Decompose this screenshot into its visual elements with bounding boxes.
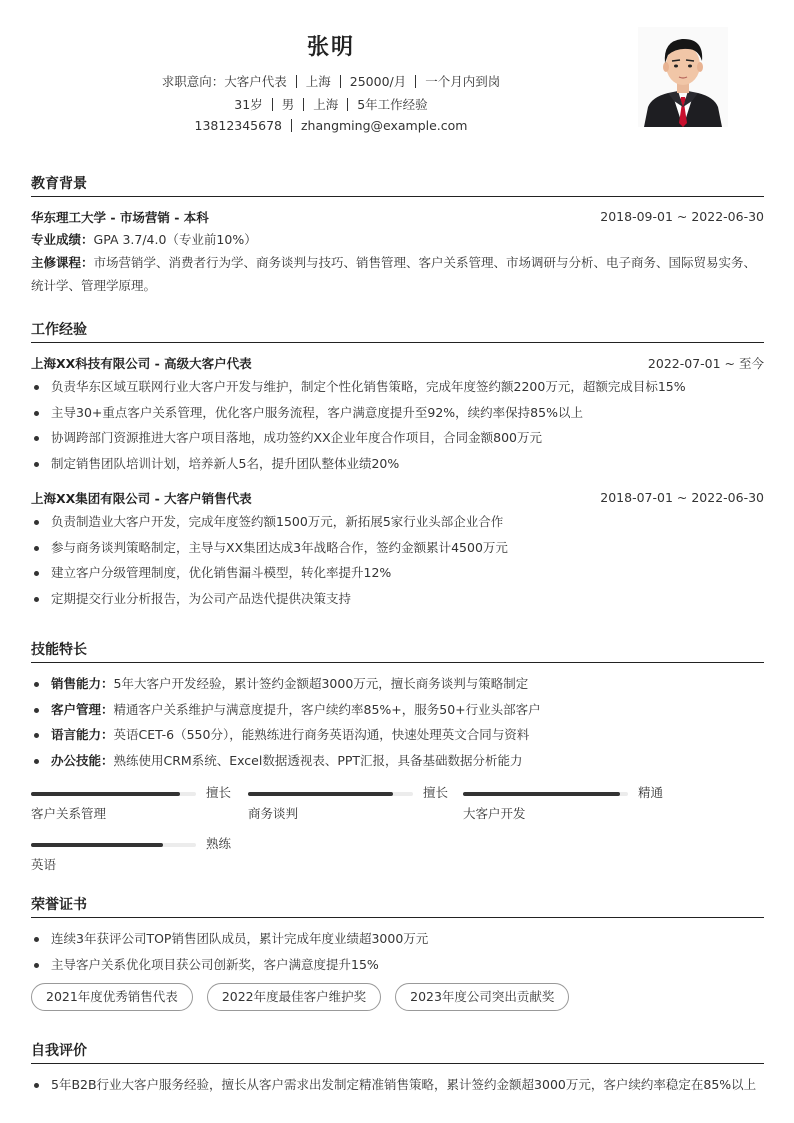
separator bbox=[291, 119, 292, 132]
job-bullets: 负责制造业大客户开发，完成年度签约额1500万元，新拓展5家行业头部企业合作 参… bbox=[31, 509, 764, 611]
section-honors: 荣誉证书 连续3年获评公司TOP销售团队成员，累计完成年度业绩超3000万元 主… bbox=[31, 895, 764, 1011]
section-work-experience: 工作经验 上海XX科技有限公司 - 高级大客户代表 2022-07-01 ~ 至… bbox=[31, 320, 764, 611]
skill-bullets: 销售能力：5年大客户开发经验，累计签约金额超3000万元，擅长商务谈判与策略制定… bbox=[31, 671, 764, 773]
phone: 13812345678 bbox=[195, 118, 282, 133]
section-title: 工作经验 bbox=[31, 320, 764, 342]
section-title: 技能特长 bbox=[31, 640, 764, 662]
skill-name: 商务谈判 bbox=[248, 804, 298, 822]
skill-text: 5年大客户开发经验，累计签约金额超3000万元，擅长商务谈判与策略制定 bbox=[114, 676, 529, 691]
gender: 男 bbox=[282, 97, 295, 112]
job-dates: 2018-07-01 ~ 2022-06-30 bbox=[600, 490, 764, 505]
skill-label: 语言能力： bbox=[51, 727, 114, 742]
skill-bar-item: 擅长 商务谈判 bbox=[248, 783, 453, 828]
section-title: 荣誉证书 bbox=[31, 895, 764, 917]
section-title: 自我评价 bbox=[31, 1041, 764, 1063]
candidate-name: 张明 bbox=[0, 30, 662, 61]
skill-level: 擅长 bbox=[423, 783, 448, 801]
list-item: 主导客户关系优化项目获公司创新奖，客户满意度提升15% bbox=[31, 952, 764, 978]
list-item: 主导30+重点客户关系管理，优化客户服务流程，客户满意度提升至92%，续约率保持… bbox=[31, 400, 764, 426]
award-tags: 2021年度优秀销售代表 2022年度最佳客户维护奖 2023年度公司突出贡献奖 bbox=[31, 983, 764, 1011]
list-item: 5年B2B行业大客户服务经验，擅长从客户需求出发制定精准销售策略，累计签约金额超… bbox=[31, 1072, 764, 1098]
skill-name: 英语 bbox=[31, 855, 56, 873]
skill-bars: 擅长 客户关系管理 擅长 商务谈判 精通 大客户开发 熟练 英语 bbox=[31, 783, 764, 878]
intent-salary: 25000/月 bbox=[350, 74, 406, 89]
separator bbox=[296, 75, 297, 88]
skill-bar-fill bbox=[31, 792, 180, 796]
skill-bar-fill bbox=[31, 843, 163, 847]
school-major-degree: 华东理工大学 - 市场营销 - 本科 bbox=[31, 208, 209, 226]
gpa-value: GPA 3.7/4.0（专业前10%） bbox=[94, 232, 257, 247]
gpa-line: 专业成绩：GPA 3.7/4.0（专业前10%） bbox=[31, 228, 764, 251]
section-title: 教育背景 bbox=[31, 174, 764, 196]
education-entry-header: 华东理工大学 - 市场营销 - 本科 2018-09-01 ~ 2022-06-… bbox=[31, 205, 764, 228]
skill-bar-track bbox=[248, 792, 413, 796]
skill-label: 办公技能： bbox=[51, 753, 114, 768]
section-skills: 技能特长 销售能力：5年大客户开发经验，累计签约金额超3000万元，擅长商务谈判… bbox=[31, 640, 764, 878]
job-header: 上海XX科技有限公司 - 高级大客户代表 2022-07-01 ~ 至今 bbox=[31, 351, 764, 374]
self-eval-bullets: 5年B2B行业大客户服务经验，擅长从客户需求出发制定精准销售策略，累计签约金额超… bbox=[31, 1072, 764, 1098]
list-item: 客户管理：精通客户关系维护与满意度提升，客户续约率85%+，服务50+行业头部客… bbox=[31, 697, 764, 723]
job-bullets: 负责华东区域互联网行业大客户开发与维护，制定个性化销售策略，完成年度签约额220… bbox=[31, 374, 764, 476]
award-tag: 2022年度最佳客户维护奖 bbox=[207, 983, 381, 1011]
list-item: 制定销售团队培训计划，培养新人5名，提升团队整体业绩20% bbox=[31, 451, 764, 477]
skill-bar-fill bbox=[248, 792, 393, 796]
separator bbox=[303, 98, 304, 111]
list-item: 连续3年获评公司TOP销售团队成员，累计完成年度业绩超3000万元 bbox=[31, 926, 764, 952]
job-header: 上海XX集团有限公司 - 大客户销售代表 2018-07-01 ~ 2022-0… bbox=[31, 486, 764, 509]
courses-label: 主修课程： bbox=[31, 255, 94, 270]
skill-level: 熟练 bbox=[206, 834, 231, 852]
experience-years: 5年工作经验 bbox=[357, 97, 427, 112]
section-divider bbox=[31, 917, 764, 918]
intent-position: 求职意向：大客户代表 bbox=[162, 74, 287, 89]
separator bbox=[415, 75, 416, 88]
skill-text: 精通客户关系维护与满意度提升，客户续约率85%+，服务50+行业头部客户 bbox=[114, 702, 541, 717]
avatar-illustration-icon bbox=[638, 27, 728, 127]
skill-bar-item: 精通 大客户开发 bbox=[463, 783, 668, 828]
section-divider bbox=[31, 662, 764, 663]
company-and-title: 上海XX科技有限公司 - 高级大客户代表 bbox=[31, 354, 252, 372]
email[interactable]: zhangming@example.com bbox=[301, 118, 467, 133]
award-tag: 2021年度优秀销售代表 bbox=[31, 983, 193, 1011]
skill-text: 熟练使用CRM系统、Excel数据透视表、PPT汇报，具备基础数据分析能力 bbox=[114, 753, 523, 768]
skill-level: 擅长 bbox=[206, 783, 231, 801]
courses-value: 市场营销学、消费者行为学、商务谈判与技巧、销售管理、客户关系管理、市场调研与分析… bbox=[31, 255, 756, 293]
skill-bar-item: 擅长 客户关系管理 bbox=[31, 783, 236, 828]
job-entry: 上海XX集团有限公司 - 大客户销售代表 2018-07-01 ~ 2022-0… bbox=[31, 486, 764, 611]
section-education: 教育背景 华东理工大学 - 市场营销 - 本科 2018-09-01 ~ 202… bbox=[31, 174, 764, 297]
avatar bbox=[638, 27, 728, 127]
separator bbox=[340, 75, 341, 88]
list-item: 建立客户分级管理制度，优化销售漏斗模型，转化率提升12% bbox=[31, 560, 764, 586]
list-item: 语言能力：英语CET-6（550分），能熟练进行商务英语沟通，快速处理英文合同与… bbox=[31, 722, 764, 748]
job-intent-line: 求职意向：大客户代表上海25000/月一个月内到岗 bbox=[0, 72, 662, 90]
age: 31岁 bbox=[234, 97, 262, 112]
skill-text: 英语CET-6（550分），能熟练进行商务英语沟通，快速处理英文合同与资料 bbox=[114, 727, 530, 742]
job-dates: 2022-07-01 ~ 至今 bbox=[648, 354, 764, 372]
contact-line: 13812345678zhangming@example.com bbox=[0, 118, 662, 133]
location: 上海 bbox=[313, 97, 338, 112]
separator bbox=[347, 98, 348, 111]
separator bbox=[272, 98, 273, 111]
intent-city: 上海 bbox=[306, 74, 331, 89]
company-and-title: 上海XX集团有限公司 - 大客户销售代表 bbox=[31, 489, 252, 507]
list-item: 销售能力：5年大客户开发经验，累计签约金额超3000万元，擅长商务谈判与策略制定 bbox=[31, 671, 764, 697]
skill-bar-item: 熟练 英语 bbox=[31, 834, 236, 879]
list-item: 参与商务谈判策略制定，主导与XX集团达成3年战略合作，签约金额累计4500万元 bbox=[31, 535, 764, 561]
skill-bar-track bbox=[463, 792, 628, 796]
basic-info-line: 31岁男上海5年工作经验 bbox=[0, 95, 662, 113]
section-self-evaluation: 自我评价 5年B2B行业大客户服务经验，擅长从客户需求出发制定精准销售策略，累计… bbox=[31, 1041, 764, 1098]
list-item: 负责华东区域互联网行业大客户开发与维护，制定个性化销售策略，完成年度签约额220… bbox=[31, 374, 764, 400]
skill-bar-fill bbox=[463, 792, 620, 796]
section-divider bbox=[31, 196, 764, 197]
skill-name: 客户关系管理 bbox=[31, 804, 106, 822]
skill-label: 销售能力： bbox=[51, 676, 114, 691]
section-divider bbox=[31, 342, 764, 343]
honor-bullets: 连续3年获评公司TOP销售团队成员，累计完成年度业绩超3000万元 主导客户关系… bbox=[31, 926, 764, 977]
courses-line: 主修课程：市场营销学、消费者行为学、商务谈判与技巧、销售管理、客户关系管理、市场… bbox=[31, 251, 764, 297]
skill-level: 精通 bbox=[638, 783, 663, 801]
resume-header: 张明 求职意向：大客户代表上海25000/月一个月内到岗 31岁男上海5年工作经… bbox=[0, 0, 794, 150]
intent-availability: 一个月内到岗 bbox=[425, 74, 500, 89]
gpa-label: 专业成绩： bbox=[31, 232, 94, 247]
list-item: 负责制造业大客户开发，完成年度签约额1500万元，新拓展5家行业头部企业合作 bbox=[31, 509, 764, 535]
skill-label: 客户管理： bbox=[51, 702, 114, 717]
award-tag: 2023年度公司突出贡献奖 bbox=[395, 983, 569, 1011]
skill-name: 大客户开发 bbox=[463, 804, 526, 822]
education-dates: 2018-09-01 ~ 2022-06-30 bbox=[600, 209, 764, 224]
list-item: 办公技能：熟练使用CRM系统、Excel数据透视表、PPT汇报，具备基础数据分析… bbox=[31, 748, 764, 774]
section-divider bbox=[31, 1063, 764, 1064]
skill-bar-track bbox=[31, 792, 196, 796]
list-item: 协调跨部门资源推进大客户项目落地，成功签约XX企业年度合作项目，合同金额800万… bbox=[31, 425, 764, 451]
skill-bar-track bbox=[31, 843, 196, 847]
job-entry: 上海XX科技有限公司 - 高级大客户代表 2022-07-01 ~ 至今 负责华… bbox=[31, 351, 764, 476]
list-item: 定期提交行业分析报告，为公司产品迭代提供决策支持 bbox=[31, 586, 764, 612]
